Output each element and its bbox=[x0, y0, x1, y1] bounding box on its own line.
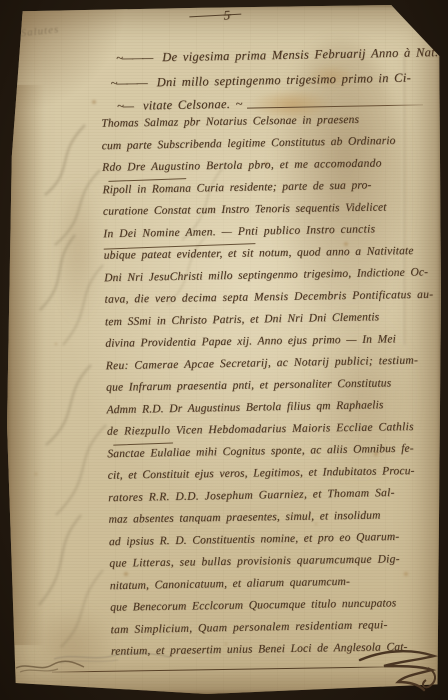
body-text: Thomas Salmaz pbr Notarius Celsonae in p… bbox=[101, 107, 448, 663]
heading-text: De vigesima prima Mensis Februarij Anno … bbox=[162, 45, 438, 64]
margin-note: Salutes bbox=[20, 23, 60, 39]
strike-line bbox=[189, 13, 241, 17]
right-flourish-icon bbox=[358, 642, 440, 694]
manuscript-text: 5 Salutes ~———De vigesima prima Mensis F… bbox=[0, 0, 448, 700]
left-flourish-icon bbox=[14, 652, 86, 678]
heading-text: Dni millo septingenmo trigesimo primo in… bbox=[157, 71, 412, 90]
leader-dash: ~——— bbox=[116, 50, 152, 66]
heading-line: ~———De vigesima prima Mensis Februarij A… bbox=[116, 45, 439, 66]
folio-mark: 5 bbox=[189, 7, 232, 25]
leader-dash: ~——— bbox=[110, 75, 146, 91]
photo-backdrop: 5 Salutes ~———De vigesima prima Mensis F… bbox=[0, 0, 448, 700]
heading-line: ~———Dni millo septingenmo trigesimo prim… bbox=[110, 71, 411, 92]
